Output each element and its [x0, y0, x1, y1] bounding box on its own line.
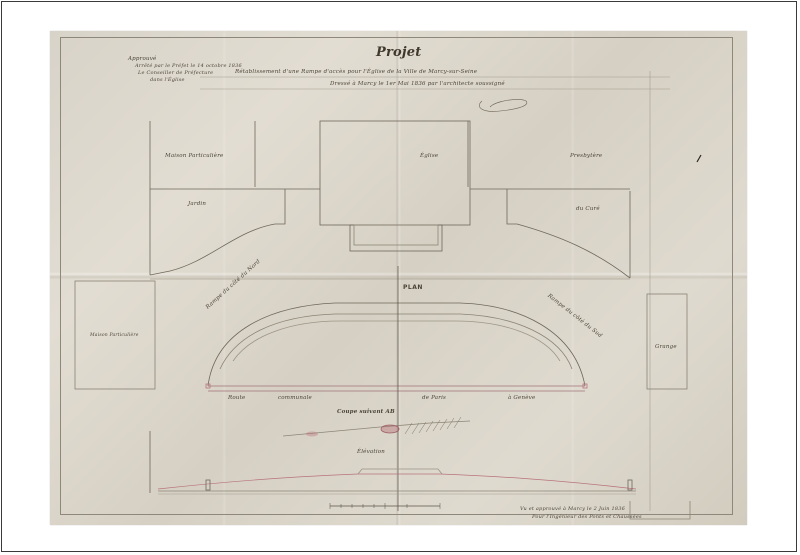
- label-eglise: Église: [420, 153, 438, 159]
- approval-line-3: Le Conseiller de Préfecture: [138, 70, 213, 76]
- label-plan-heading: PLAN: [403, 284, 423, 291]
- approval-line-4: dans l'Église: [150, 77, 185, 83]
- plan-drawing: [50, 31, 747, 525]
- street-label-1: Route: [228, 395, 245, 401]
- label-maison-particuliere: Maison Particulière: [165, 153, 224, 159]
- label-section-ab: Coupe suivant AB: [337, 409, 395, 415]
- label-jardin-left: Jardin: [188, 201, 206, 207]
- footer-note-line-2: Pour l'Ingénieur des Ponts et Chaussées: [532, 514, 642, 520]
- drawing-title: Projet: [376, 45, 421, 60]
- label-elevation: Élévation: [357, 449, 385, 455]
- drawing-date-line: Dressé à Marcy le 1er Mai 1836 par l'arc…: [330, 81, 505, 87]
- approval-line-1: Approuvé: [128, 56, 156, 62]
- approval-line-2: Arrêté par le Préfet le 14 octobre 1836: [135, 63, 242, 69]
- label-jardin-du-cure: du Curé: [576, 206, 600, 212]
- street-label-4: à Genève: [508, 395, 535, 401]
- footer-note-line-1: Vu et approuvé à Marcy le 2 Juin 1836: [520, 506, 625, 512]
- architectural-drawing-sheet: Projet Rétablissement d'une Rampe d'accè…: [50, 31, 747, 525]
- street-label-3: de Paris: [422, 395, 446, 401]
- drawing-subtitle: Rétablissement d'une Rampe d'accès pour …: [235, 69, 477, 75]
- label-presbytere: Presbytère: [570, 153, 602, 159]
- street-label-2: communale: [278, 395, 312, 401]
- label-side-right: Grange: [655, 344, 677, 350]
- label-side-left: Maison Particulière: [90, 333, 139, 338]
